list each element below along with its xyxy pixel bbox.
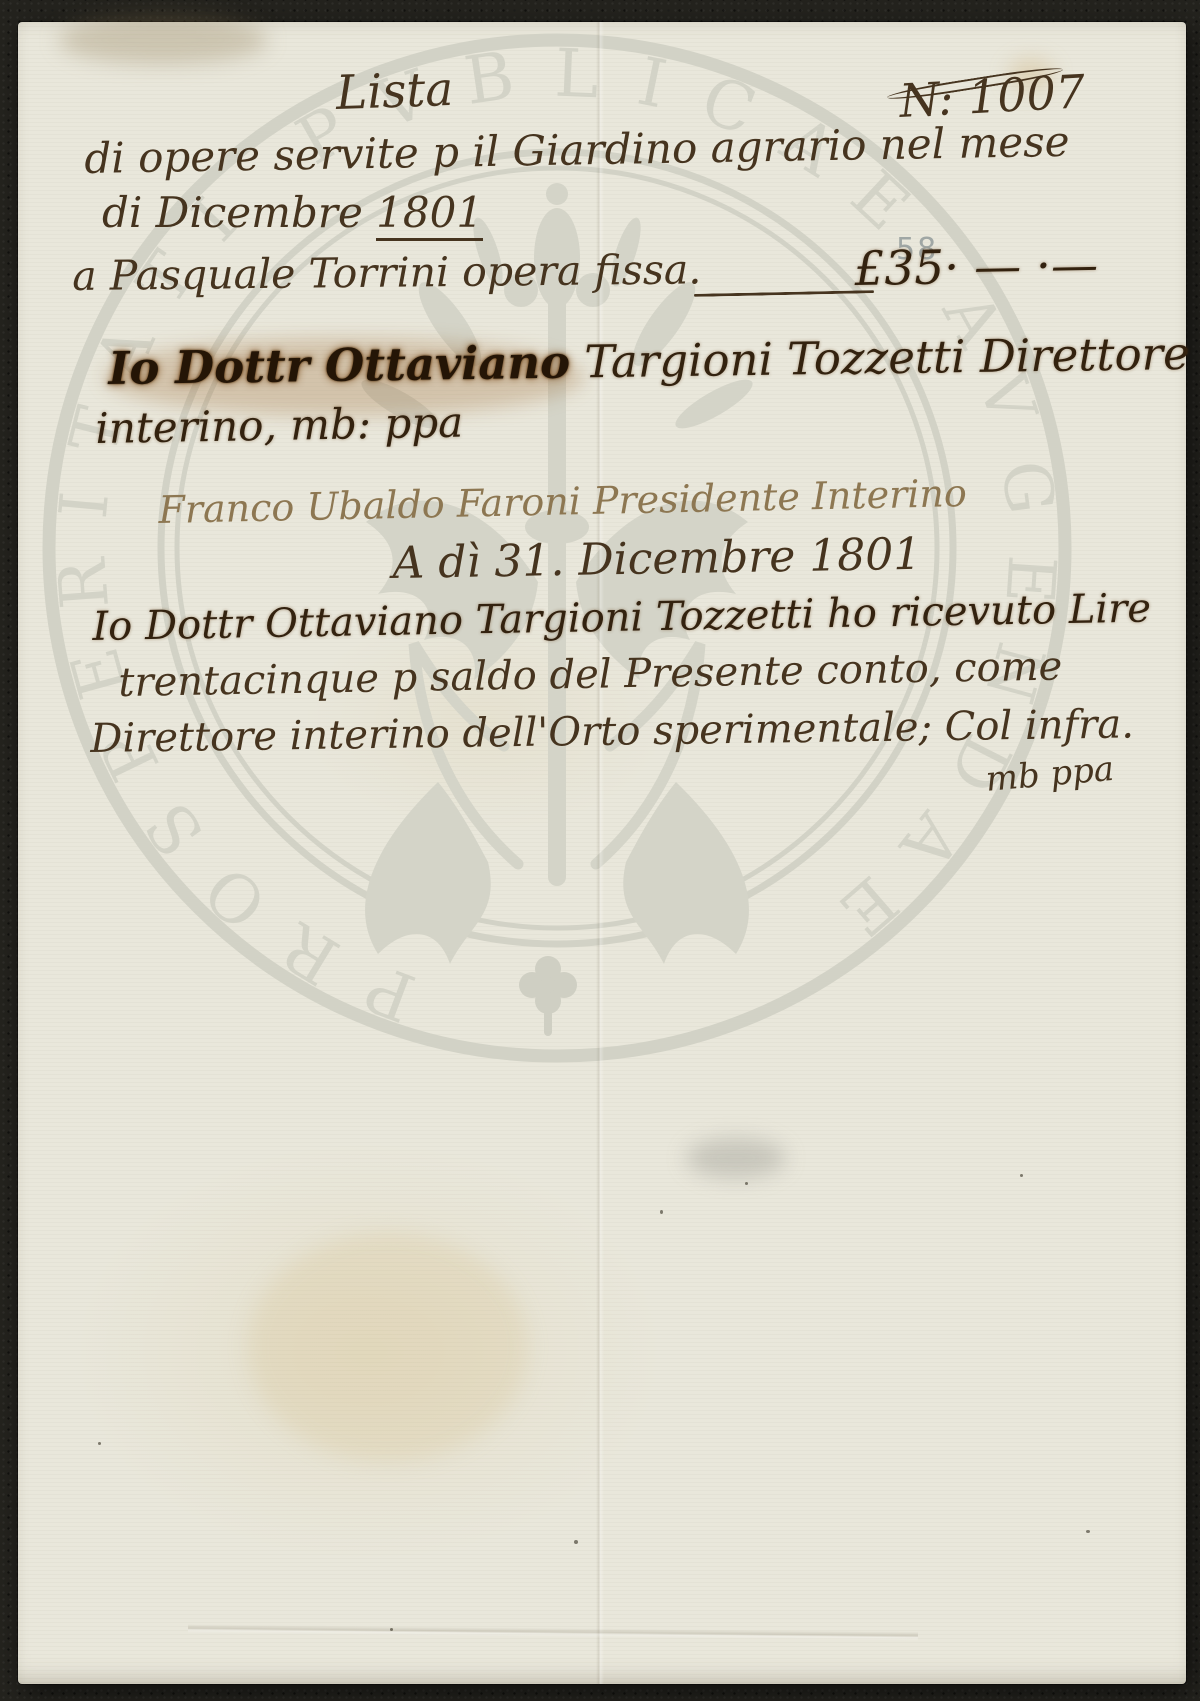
paper-speck [390, 1628, 393, 1631]
page-title: Lista [335, 62, 454, 121]
entry-line: a Pasquale Torrini opera fissa. [72, 245, 702, 300]
certification-emphasis: Io Dottr Ottaviano [108, 336, 570, 395]
receipt-signature: mb ppa [984, 749, 1116, 800]
intro-line-2: di Dicembre 1801 [102, 188, 483, 237]
gray-smudge [686, 1138, 786, 1178]
bottom-fold-crease [188, 1624, 918, 1641]
receipt-line-1: Io Dottr Ottaviano Targioni Tozzetti ho … [92, 586, 1151, 650]
receipt-line-3: Direttore interino dell'Orto sperimental… [90, 701, 1134, 762]
certification-line-2: interino, mb: ppa [95, 398, 464, 453]
intro-line-2-prefix: di Dicembre [102, 188, 376, 237]
paper-speck [660, 1210, 663, 1214]
yellow-stain [248, 1232, 528, 1462]
paper-speck [98, 1442, 101, 1445]
entry-dash-stroke [694, 290, 874, 297]
approval-line: Franco Ubaldo Faroni Presidente Interino [158, 471, 967, 532]
date-line: A dì 31. Dicembre 1801 [392, 529, 922, 589]
top-edge-stain [58, 16, 268, 64]
intro-line-1: di opere servite p il Giardino agrario n… [84, 117, 1070, 183]
paper-speck [1020, 1174, 1023, 1177]
manuscript-page: PROSPERITATI PVBLICAE AVGENDAE [18, 22, 1186, 1684]
paper-speck [1086, 1530, 1090, 1533]
certification-rest: Targioni Tozzetti Direttore [570, 327, 1190, 389]
certification-line-1: Io Dottr Ottaviano Targioni Tozzetti Dir… [108, 327, 1190, 395]
paper-speck [574, 1540, 578, 1544]
entry-amount: £35· — ·— [854, 238, 1098, 297]
intro-year-underlined: 1801 [376, 188, 483, 241]
receipt-line-2: trentacinque p saldo del Presente conto,… [118, 644, 1063, 706]
paper-speck [745, 1182, 748, 1185]
